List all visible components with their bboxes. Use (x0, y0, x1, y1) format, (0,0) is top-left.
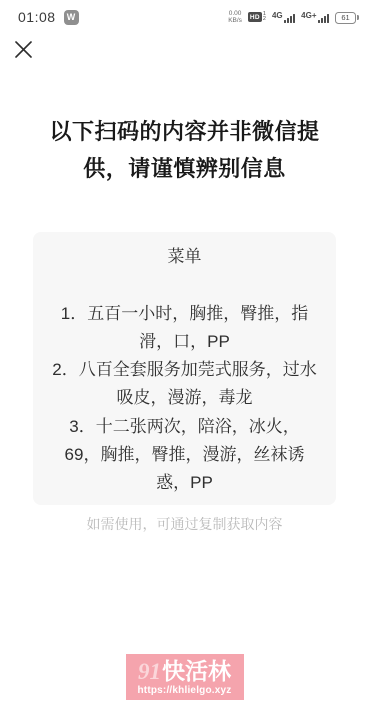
network-type-sim2: 4G+ (301, 12, 316, 20)
close-button[interactable] (10, 36, 36, 62)
scan-warning-title: 以下扫码的内容并非微信提 供，请谨慎辨别信息 (36, 113, 333, 187)
watermark-badge: 91快活林 https://khlielgo.xyz (126, 654, 244, 700)
signal-sim1-icon: 4G (272, 12, 295, 25)
close-icon (15, 41, 32, 58)
hd-badge: HD (248, 12, 262, 22)
status-bar: 01:08 W 0.00 KB/s HD 1 2 4G 4G+ 6 (0, 0, 369, 28)
network-speed-unit: KB/s (228, 17, 242, 24)
battery-percent: 61 (335, 12, 356, 24)
network-type-sim1: 4G (272, 12, 283, 20)
watermark-brand-number: 91 (138, 659, 161, 684)
watermark-brand-name: 快活林 (162, 659, 231, 684)
scanned-content-text: 菜单 1．五百一小时，胸推，臀推，指 滑，口，PP 2．八百全套服务加莞式服务，… (39, 243, 330, 498)
copy-hint-text: 如需使用，可通过复制获取内容 (0, 514, 369, 534)
status-bar-left: 01:08 W (18, 9, 79, 25)
volte-hd-icon: HD 1 2 (248, 12, 266, 25)
scanned-content-card: 菜单 1．五百一小时，胸推，臀推，指 滑，口，PP 2．八百全套服务加莞式服务，… (33, 232, 336, 505)
watermark-url: https://khlielgo.xyz (137, 685, 231, 696)
battery-icon: 61 (335, 12, 359, 25)
notification-app-icon: W (64, 10, 79, 25)
watermark-brand: 91快活林 (138, 659, 231, 684)
clock: 01:08 (18, 9, 56, 25)
hd-sim2: 2 (263, 17, 266, 23)
network-speed-indicator: 0.00 KB/s (228, 10, 242, 25)
hd-sim-numbers: 1 2 (263, 12, 266, 23)
signal-bars-icon (318, 14, 329, 23)
signal-bars-icon (284, 14, 295, 23)
network-speed-value: 0.00 (229, 10, 242, 17)
status-bar-right: 0.00 KB/s HD 1 2 4G 4G+ 61 (228, 10, 359, 25)
signal-sim2-icon: 4G+ (301, 12, 329, 25)
